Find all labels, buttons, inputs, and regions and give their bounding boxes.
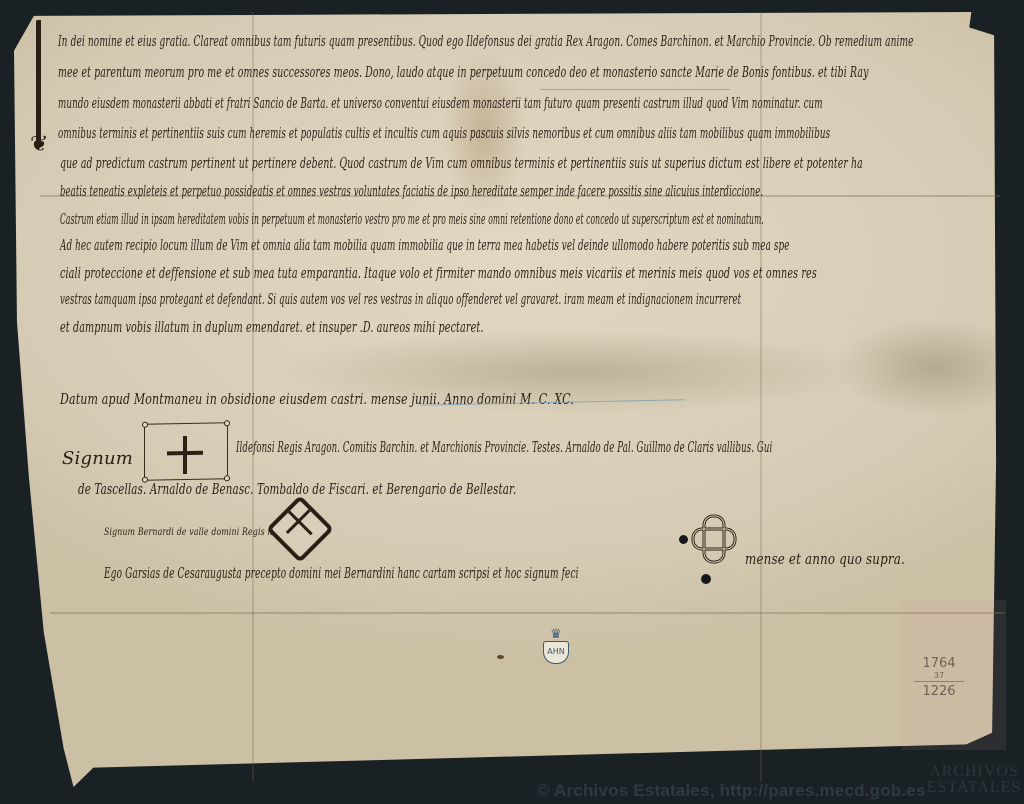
royal-signum-box (144, 422, 228, 480)
charter-text: ❦ In dei nomine et eius gratia. Clareat … (0, 0, 1024, 804)
archive-shelfmark: 1764 37 1226 (914, 656, 964, 699)
scribe-line-end: mense et anno quo supra. (745, 552, 905, 568)
crown-icon: ♛ (543, 628, 569, 641)
notary-sign-icon (266, 495, 334, 563)
ahn-archive-stamp: ♛ AHN (543, 628, 569, 670)
charter-line: et dampnum vobis illatum in duplum emend… (60, 320, 484, 336)
dating-clause: Datum apud Montmaneu in obsidione eiusde… (60, 392, 574, 408)
scribe-line: Ego Garsias de Cesaraugusta precepto dom… (104, 566, 579, 582)
initial-flourish-icon: ❦ (30, 132, 48, 157)
blue-ruling-line (540, 89, 730, 90)
parchment-hole (701, 574, 711, 584)
cross-icon-bar (167, 451, 203, 456)
charter-line: mee et parentum meorum pro me et omnes s… (58, 65, 869, 81)
illuminated-initial-i (36, 20, 57, 145)
charter-line: ciali proteccione et deffensione et sub … (60, 266, 817, 282)
signature-line: Ildefonsi Regis Aragon. Comitis Barchin.… (236, 440, 772, 456)
charter-line: vestras tamquam ipsa protegant et defend… (60, 292, 741, 308)
charter-line: mundo eiusdem monasterii abbati et fratr… (58, 96, 823, 112)
stamp-label: AHN (543, 641, 569, 664)
signum-label: Signum (62, 448, 133, 469)
copyright-watermark: © Archivos Estatales, http://pares.mecd.… (537, 781, 926, 801)
shelfmark-bottom: 1226 (914, 684, 964, 699)
charter-line: beatis teneatis expleteis et perpetuo po… (60, 184, 763, 200)
charter-line: omnibus terminis et pertinentiis suis cu… (58, 126, 830, 142)
parchment-hole (679, 535, 688, 544)
ink-blot (497, 655, 504, 659)
shelfmark-middle: 37 (914, 671, 964, 680)
corner-dot (224, 420, 230, 426)
logo-line: ARCHIVOS (924, 764, 1024, 780)
knot-sign-icon (690, 513, 738, 565)
charter-line: In dei nomine et eius gratia. Clareat om… (58, 34, 914, 50)
charter-line: Ad hec autem recipio locum illum de Vim … (60, 238, 790, 254)
charter-line: que ad predictum castrum pertinent ut pe… (60, 156, 863, 172)
shelfmark-top: 1764 (914, 656, 964, 671)
document-viewer: ❦ In dei nomine et eius gratia. Clareat … (0, 0, 1024, 804)
corner-dot (224, 475, 230, 481)
logo-line: ESTATALES (924, 780, 1024, 796)
witnesses-line: de Tascellas. Arnaldo de Benasc. Tombald… (78, 482, 516, 498)
shelfmark-rule (914, 681, 964, 682)
charter-line: Castrum etiam illud in ipsam hereditatem… (60, 212, 764, 228)
corner-dot (142, 422, 148, 428)
archivos-estatales-logo: ARCHIVOS ESTATALES (924, 764, 1024, 796)
